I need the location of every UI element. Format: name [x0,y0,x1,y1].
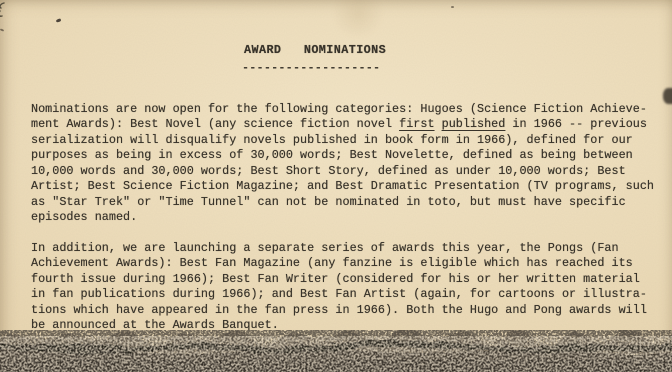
text-line: as "Star Trek" or "Time Tunnel" can not … [31,195,654,210]
body-text: Nominations are now open for the followi… [31,102,654,334]
text-line: episodes named. [31,210,654,225]
text-segment: ment Awards): Best Novel (any science fi… [31,117,399,131]
text-line: purposes as being in excess of 30,000 wo… [31,148,654,163]
text-line: tions which have appeared in the fan pre… [31,303,654,318]
underlined-text: first [399,117,434,131]
title-underline: ------------------- [242,61,380,75]
text-line: In addition, we are launching a separate… [31,241,654,256]
text-line: fourth issue during 1966); Best Fan Writ… [31,272,654,287]
text-line: Nominations are now open for the followi… [31,102,654,117]
underlined-text: published [442,117,506,131]
text-segment: in 1966 -- previous [505,117,647,131]
text-line: 10,000 words and 30,000 words; Best Shor… [31,164,654,179]
scanned-document-page: AWARD NOMINATIONS ------------------- No… [0,0,672,372]
text-line: serialization will disqualify novels pub… [31,133,654,148]
document-content: AWARD NOMINATIONS ------------------- No… [0,0,672,372]
blank-line [31,226,654,241]
text-line: ment Awards): Best Novel (any science fi… [31,117,654,132]
text-line: Artist; Best Science Fiction Magazine; a… [31,179,654,194]
page-title: AWARD NOMINATIONS [244,43,386,57]
torn-edge-bottom [0,330,672,372]
tear-noise-light [0,342,672,372]
text-line: Achievement Awards): Best Fan Magazine (… [31,256,654,271]
text-segment [435,117,442,131]
text-line: in fan publications during 1966); and Be… [31,287,654,302]
